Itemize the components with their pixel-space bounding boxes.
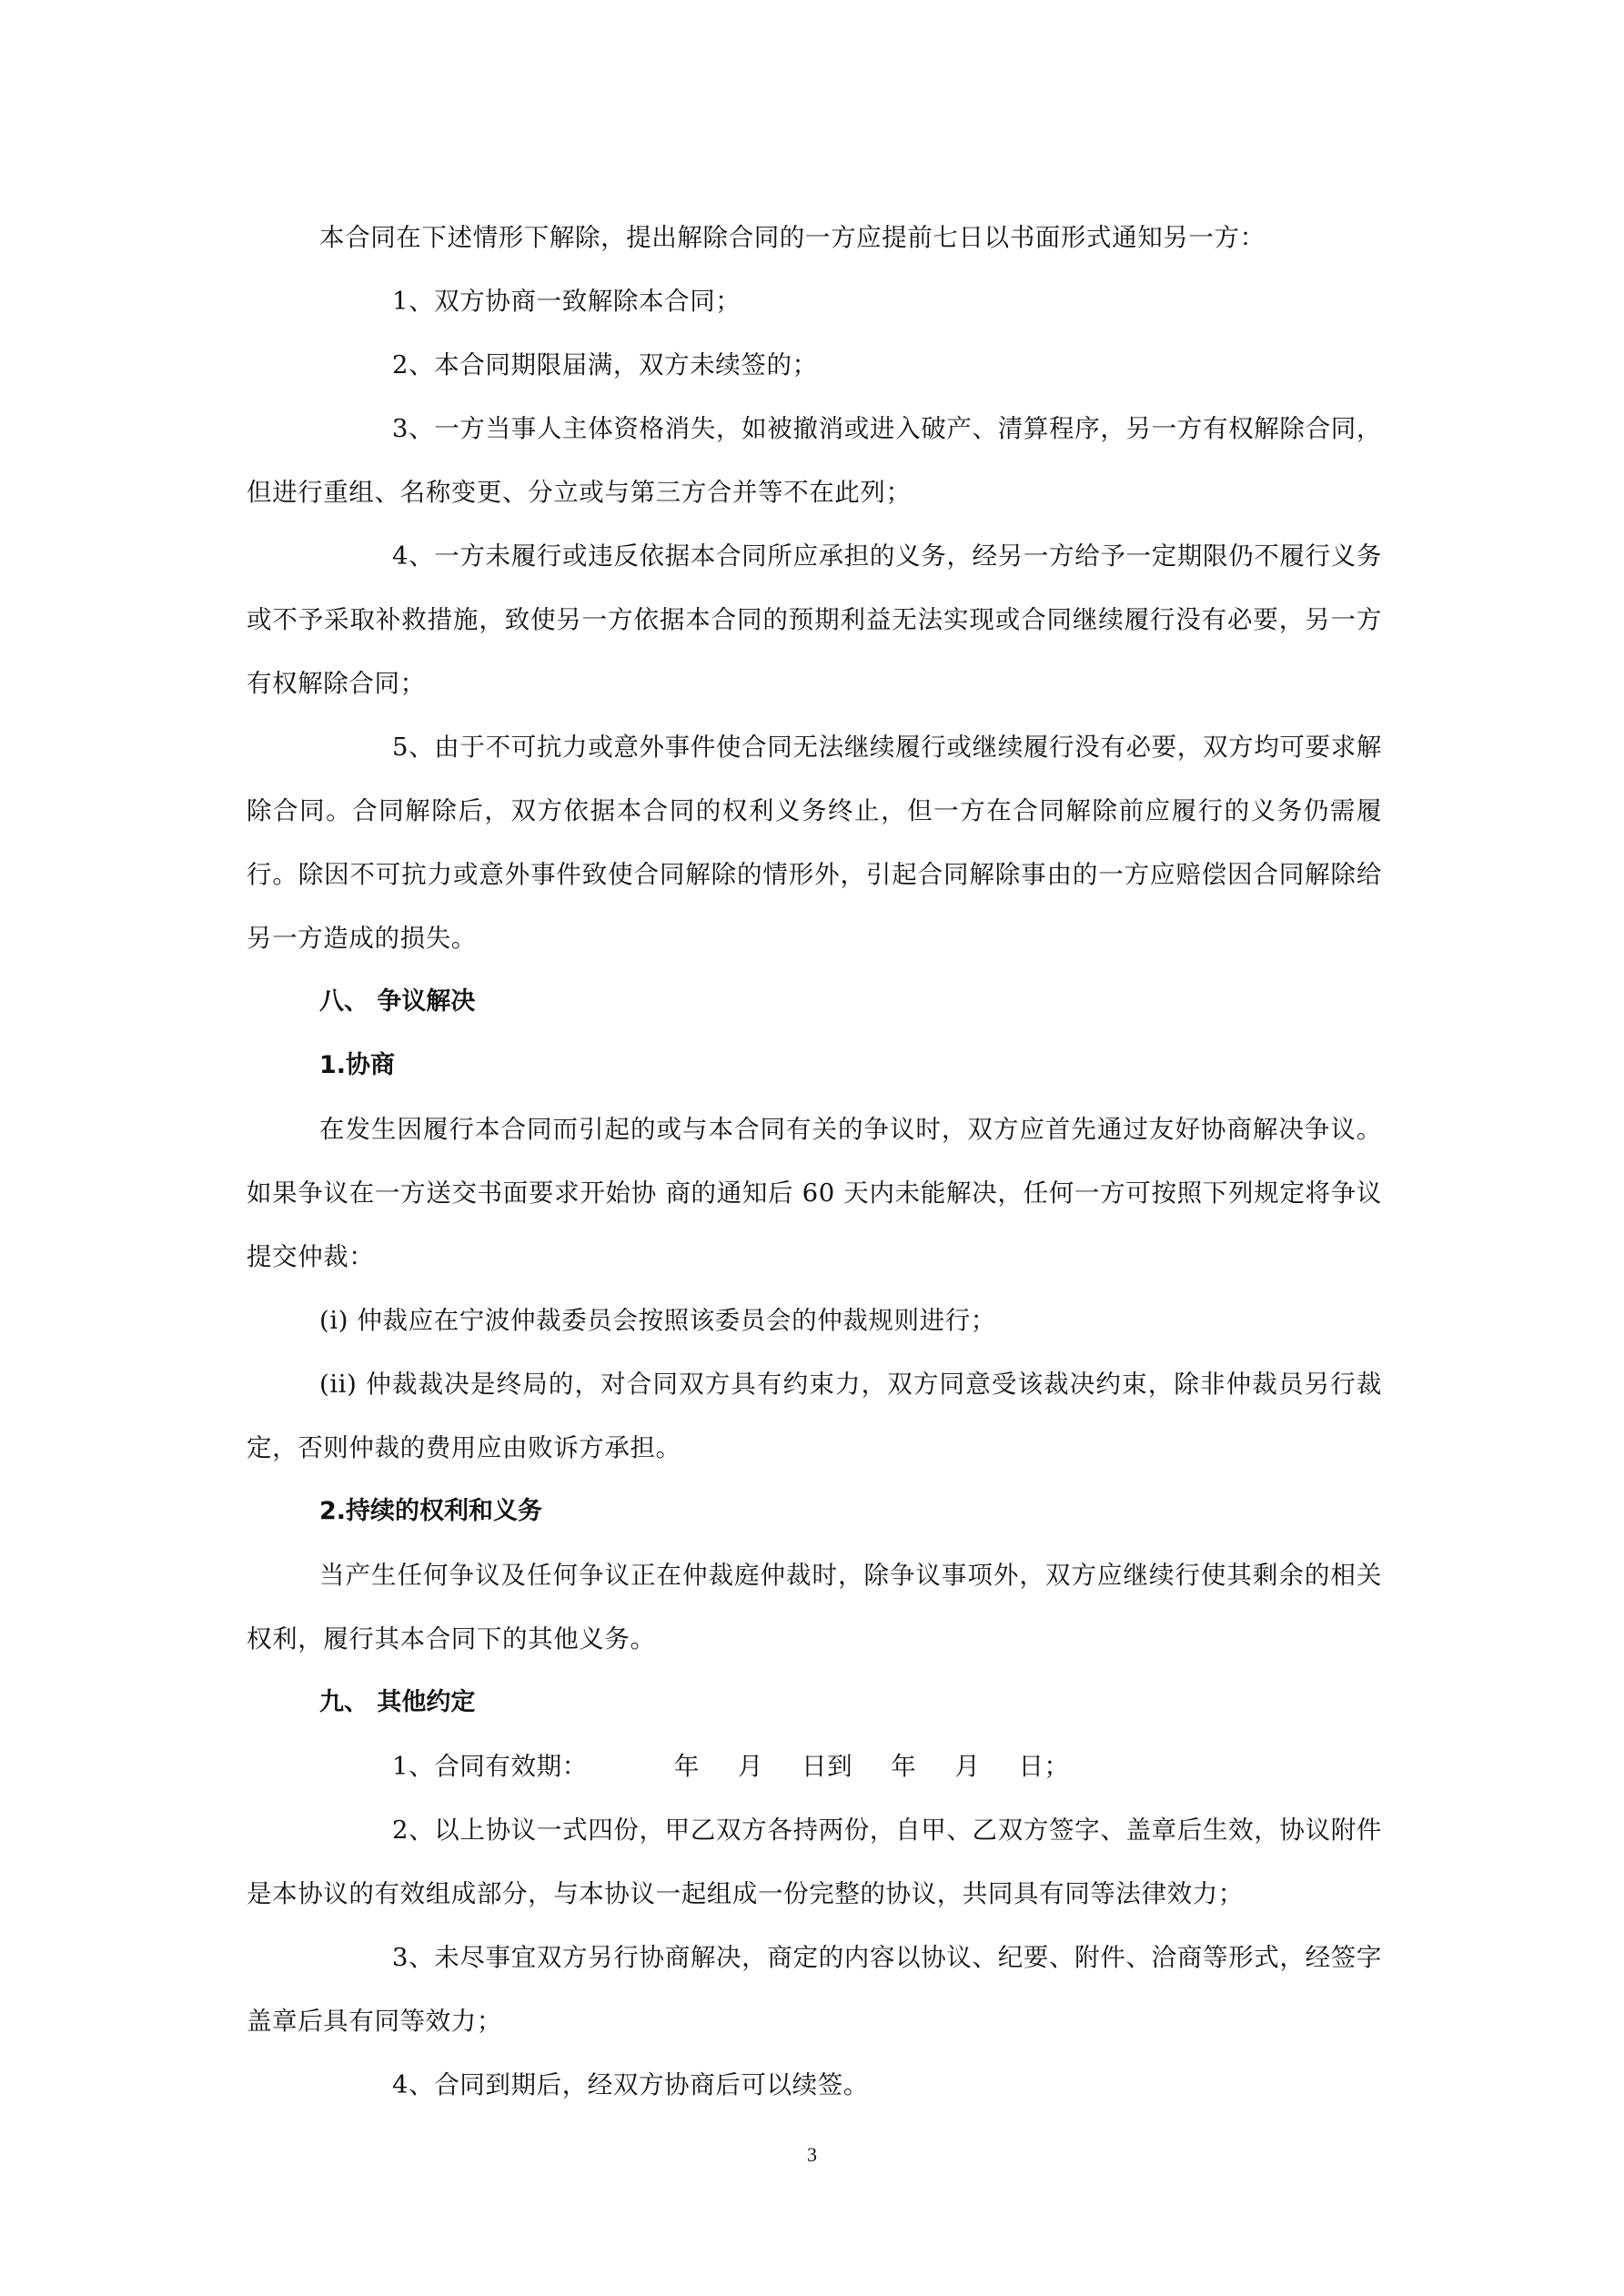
continuing-rights-paragraph: 当产生任何争议及任何争议正在仲裁庭仲裁时，除争议事项外，双方应继续行使其剩余的相… [247,1543,1382,1671]
other-item-4: 4、合同到期后，经双方协商后可以续签。 [247,2053,1382,2117]
validity-label: 合同有效期： [434,1752,588,1781]
arbitration-item-ii: (ii) 仲裁裁决是终局的，对合同双方具有约束力，双方同意受该裁决约束，除非仲裁… [247,1352,1382,1480]
section-9-heading: 九、 其他约定 [247,1671,1382,1735]
other-item-2: 2、以上协议一式四份，甲乙双方各持两份，自甲、乙双方签字、盖章后生效，协议附件是… [247,1798,1382,1926]
item-text: 双方协商一致解除本合同； [434,287,741,316]
item-number: 4、 [319,524,434,588]
item-number: 2、 [319,333,434,397]
item-number: (ii) [319,1370,357,1399]
negotiation-paragraph: 在发生因履行本合同而引起的或与本合同有关的争议时，双方应首先通过友好协商解决争议… [247,1097,1382,1289]
item-number: (i) [319,1306,348,1335]
item-number: 5、 [319,715,434,779]
arbitration-item-i: (i) 仲裁应在宁波仲裁委员会按照该委员会的仲裁规则进行； [247,1289,1382,1352]
termination-intro: 本合同在下述情形下解除，提出解除合同的一方应提前七日以书面形式通知另一方： [247,206,1382,269]
other-item-3: 3、未尽事宜双方另行协商解决，商定的内容以协议、纪要、附件、洽商等形式，经签字盖… [247,1926,1382,2053]
document-body: 本合同在下述情形下解除，提出解除合同的一方应提前七日以书面形式通知另一方： 1、… [247,206,1382,2117]
section-8-1-heading: 1.协商 [247,1034,1382,1097]
item-number: 3、 [319,397,434,460]
section-8-2-heading: 2.持续的权利和义务 [247,1480,1382,1543]
item-number: 1、 [319,269,434,333]
termination-item-2: 2、本合同期限届满，双方未续签的； [247,333,1382,397]
item-number: 4、 [319,2053,434,2117]
item-text: 本合同期限届满，双方未续签的； [434,350,818,379]
section-8-heading: 八、 争议解决 [247,970,1382,1034]
page-number: 3 [0,2143,1624,2167]
date-month-end: 月 [954,1752,980,1781]
date-day-end: 日； [1018,1752,1069,1781]
termination-item-3: 3、一方当事人主体资格消失，如被撤消或进入破产、清算程序，另一方有权解除合同，但… [247,397,1382,524]
other-item-1-validity: 1、合同有效期：年月日到年月日； [247,1735,1382,1798]
date-month-start: 月 [738,1752,763,1781]
date-day-start: 日到 [802,1752,852,1781]
date-year-start: 年 [674,1752,700,1781]
item-text: 仲裁裁决是终局的，对合同双方具有约束力，双方同意受该裁决约束，除非仲裁员另行裁定… [247,1370,1382,1462]
document-page: 本合同在下述情形下解除，提出解除合同的一方应提前七日以书面形式通知另一方： 1、… [0,0,1624,2296]
date-year-end: 年 [891,1752,916,1781]
termination-item-1: 1、双方协商一致解除本合同； [247,269,1382,333]
item-number: 3、 [319,1926,434,1989]
termination-item-5: 5、由于不可抗力或意外事件使合同无法继续履行或继续履行没有必要，双方均可要求解除… [247,715,1382,970]
termination-item-4: 4、一方未履行或违反依据本合同所应承担的义务，经另一方给予一定期限仍不履行义务或… [247,524,1382,715]
item-number: 1、 [319,1735,434,1798]
item-number: 2、 [319,1798,434,1862]
item-text: 合同到期后，经双方协商后可以续签。 [434,2070,869,2099]
item-text: 仲裁应在宁波仲裁委员会按照该委员会的仲裁规则进行； [357,1306,996,1335]
